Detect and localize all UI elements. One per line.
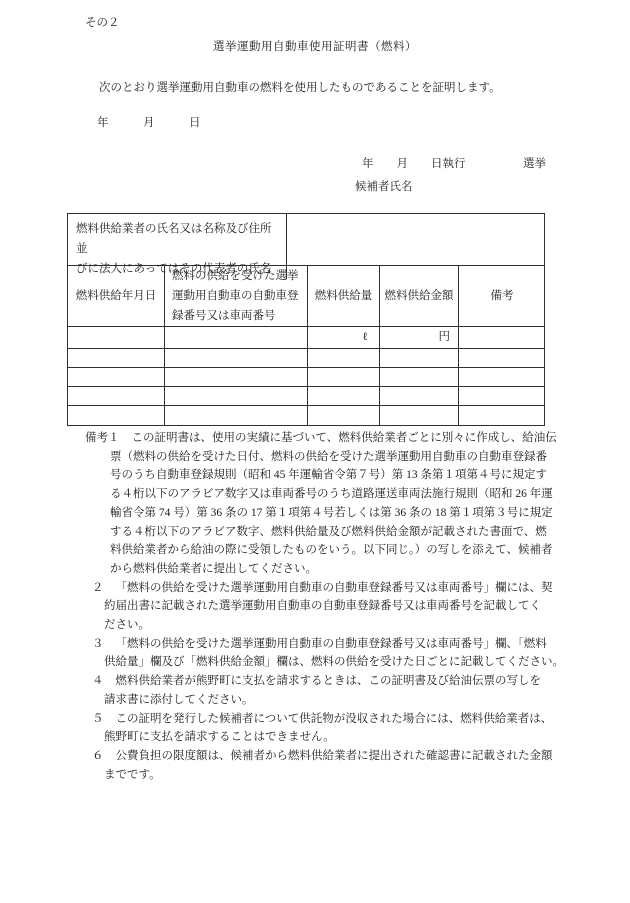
note-item-4: ４燃料供給業者が熊野町に支払を請求するときは、この証明書及び給油伝票の写しを 請… — [0, 672, 570, 709]
header-supply-amount: 燃料供給金額 — [380, 266, 459, 326]
table-row — [68, 349, 544, 368]
issue-date-blank-line: 年 月 日 — [97, 114, 201, 130]
table-row — [68, 368, 544, 387]
note-item-2: ２「燃料の供給を受けた選挙運動用自動車の自動車登録番号又は車両番号」欄には、契 … — [0, 579, 570, 635]
unit-row-vehicle-cell — [165, 327, 308, 348]
empty-remarks-cell — [459, 349, 545, 367]
note-label: ４ — [92, 675, 104, 687]
empty-date-cell — [68, 368, 165, 386]
header-vehicle-registration-number: 燃料の供給を受けた選挙 運動用自動車の自動車登 録番号又は車両番号 — [165, 266, 308, 326]
empty-quantity-cell — [308, 368, 380, 386]
note-text: 「燃料の供給を受けた選挙運動用自動車の自動車登録番号又は車両番号」欄には、契 約… — [104, 582, 553, 631]
empty-quantity-cell — [308, 349, 380, 367]
empty-date-cell — [68, 387, 165, 405]
note-label: ５ — [92, 713, 104, 725]
empty-amount-cell — [380, 349, 459, 367]
certification-statement: 次のとおり選挙運動用自動車の燃料を使用したものであることを証明します。 — [99, 79, 501, 95]
note-text: 「燃料の供給を受けた選挙運動用自動車の自動車登録番号又は車両番号」欄、「燃料 供… — [104, 638, 564, 669]
liter-unit-label: ℓ — [308, 327, 380, 348]
fuel-supply-table: 燃料供給業者の氏名又は名称及び住所並 びに法人にあってはその代表者の氏名 燃料供… — [67, 213, 545, 426]
empty-amount-cell — [380, 387, 459, 405]
note-item-6: ６公費負担の限度額は、候補者から燃料供給業者に提出された確認書に記載された金額 … — [0, 747, 570, 784]
table-row — [68, 387, 544, 406]
note-label: ６ — [92, 750, 104, 762]
note-label: ２ — [92, 582, 104, 594]
header-remarks: 備考 — [459, 266, 545, 326]
empty-date-cell — [68, 349, 165, 367]
unit-row-remarks-cell — [459, 327, 545, 348]
supplier-info-row: 燃料供給業者の氏名又は名称及び住所並 びに法人にあってはその代表者の氏名 — [68, 214, 544, 266]
empty-vehicle-cell — [165, 387, 308, 405]
note-label: 備考１ — [85, 432, 120, 444]
remarks-notes-section: 備考１この証明書は、使用の実績に基づいて、燃料供給業者ごとに別々に作成し、給油伝… — [0, 429, 570, 784]
empty-vehicle-cell — [165, 368, 308, 386]
note-item-3: ３「燃料の供給を受けた選挙運動用自動車の自動車登録番号又は車両番号」欄、「燃料 … — [0, 635, 570, 672]
yen-unit-label: 円 — [380, 327, 459, 348]
header-supply-date: 燃料供給年月日 — [68, 266, 165, 326]
empty-remarks-cell — [459, 387, 545, 405]
empty-remarks-cell — [459, 406, 545, 425]
note-label: ３ — [92, 638, 104, 650]
empty-date-cell — [68, 406, 165, 425]
election-date-line: 年 月 日執行 選挙 — [355, 153, 546, 176]
note-text: 公費負担の限度額は、候補者から燃料供給業者に提出された確認書に記載された金額 ま… — [104, 750, 553, 781]
empty-vehicle-cell — [165, 406, 308, 425]
candidate-name-label: 候補者氏名 — [355, 176, 546, 199]
unit-row: ℓ 円 — [68, 327, 544, 349]
empty-quantity-cell — [308, 406, 380, 425]
empty-remarks-cell — [459, 368, 545, 386]
empty-quantity-cell — [308, 387, 380, 405]
empty-vehicle-cell — [165, 349, 308, 367]
header-supply-quantity: 燃料供給量 — [308, 266, 380, 326]
empty-amount-cell — [380, 368, 459, 386]
table-row — [68, 406, 544, 425]
certificate-document-page: その２ 選挙運動用自動車使用証明書（燃料） 次のとおり選挙運動用自動車の燃料を使… — [0, 0, 630, 903]
note-text: この証明を発行した候補者について供託物が没収された場合には、燃料供給業者は、 熊… — [104, 713, 552, 744]
note-text: この証明書は、使用の実績に基づいて、燃料供給業者ごとに別々に作成し、給油伝 票（… — [110, 432, 557, 575]
empty-amount-cell — [380, 406, 459, 425]
note-item-5: ５この証明を発行した候補者について供託物が没収された場合には、燃料供給業者は、 … — [0, 710, 570, 747]
table-header-row: 燃料供給年月日 燃料の供給を受けた選挙 運動用自動車の自動車登 録番号又は車両番… — [68, 266, 544, 327]
note-text: 燃料供給業者が熊野町に支払を請求するときは、この証明書及び給油伝票の写しを 請求… — [104, 675, 541, 706]
document-title: 選挙運動用自動車使用証明書（燃料） — [0, 38, 630, 54]
note-item-1: 備考１この証明書は、使用の実績に基づいて、燃料供給業者ごとに別々に作成し、給油伝… — [0, 429, 570, 579]
form-number: その２ — [85, 14, 120, 30]
issuer-block: 年 月 日執行 選挙 候補者氏名 — [355, 153, 546, 199]
unit-row-date-cell — [68, 327, 165, 348]
